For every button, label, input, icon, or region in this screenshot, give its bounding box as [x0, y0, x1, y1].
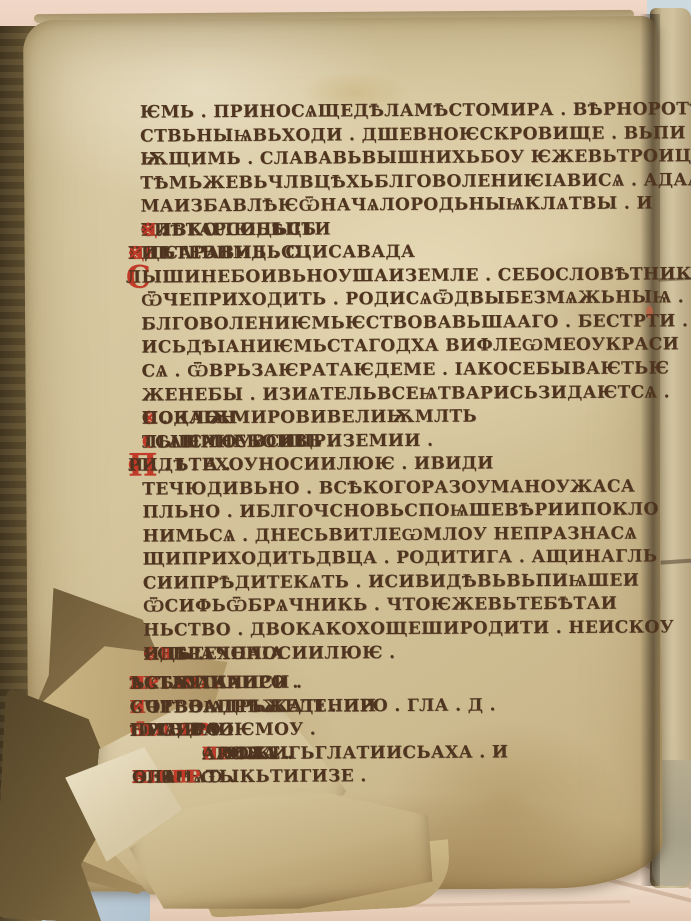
ink-segment: ѾСИФЬѾБРѦЧНИКЬ . ЧТОѤЖЕВЬТЕБѢТАИ	[143, 593, 617, 619]
manuscript-line: ѾЧЕПРИХОДИТЬ . РОДИСѦѾДВЫБЕЗМѦЖЬНЫѨ .	[141, 287, 649, 314]
ink-segment: РИѤАРАВИДЬСЦИСАВАДА	[128, 241, 416, 266]
manuscript-line: СОБРАЧНАІА ※ І ННѢ . ПРИДѢТЕХОНОСИИЛЮѤ .	[143, 640, 651, 667]
manuscript-line: ѾСИФЬѾБРѦЧНИКЬ . ЧТОѤЖЕВЬТЕБѢТАИ	[143, 593, 651, 620]
manuscript-line: ПОДАѬМИРОВИВЕЛИѬМЛТЬ ※ С . И ПОКЛОН	[142, 405, 650, 432]
manuscript-line: СИИПРѢДИТЕКѦТЬ . ИСИВИДѢВЬВЬПИѨШЕИ	[143, 569, 651, 596]
manuscript-line: САИНА . ПРИЛОЖИГЬГЛАТИИСЬАХА . И НАРОЖЕ …	[202, 740, 652, 766]
ink-segment: РИДѢТЕХОУНОСИИЛЮѤ . ИВИДИ	[128, 453, 494, 479]
ink-segment: ѢСТАУТА .	[129, 672, 240, 696]
ink-segment: ѾЧЕПРИХОДИТЬ . РОДИСѦѾДВЫБЕЗМѦЖЬНЫѨ .	[141, 287, 684, 314]
ink-segment: ИСЬДѢІАНИѤМЬСТАГОДХА ВИФЛЕѠМЕОУКРАСИ	[141, 334, 679, 361]
ink-segment: СѦ . ѾВРЬЗАѤРАТАѤДЕМЕ . ІАКОСЕБЫВАѤТЬѤ	[141, 357, 669, 384]
manuscript-line: СЛА . І . А . ПРИДѢТЕХОУНОСИИЛЮѤ . ИВИДИ	[128, 452, 650, 479]
ink-segment: ИДѢТЕХОНОСИИЛЮѤ .	[143, 642, 395, 667]
manuscript-line: ѤМЬ . ПРИНОСѦЩЕДѢЛАМѢСТОМИРА . ВѢРНОРОТѢ	[140, 98, 648, 125]
ink-segment: ПОКЛОН	[142, 407, 237, 431]
ink-segment: ЩИПРИХОДИТЬДВЦА . РОДИТИГА . АЩИНАГЛЬ	[143, 546, 658, 573]
ink-segment: МАИЗБАВЛѢѤѾНАЧѦЛОРОДЬНЫѨКЛѦТВЫ . И	[140, 193, 653, 220]
manuscript-line: Е . РЕГЬГВИМОѤМОУ . ПО . ПРѢМѦДРО . Ѿ ПР…	[130, 717, 652, 744]
ink-segment: АРОЖЕ .	[202, 742, 293, 766]
manuscript-line: ЧЛВКОЛЮБЬЦЬ ※ С . ЦРИѢТАРСИДѢСТИ ※	[141, 216, 649, 243]
ink-segment: РИѢТАРСИДѢСТИ	[141, 218, 331, 243]
ink-segment: СТВЬНЫѨВЬХОДИ . ДШЕВНОѤСКРОВИЩЕ . ВЬПИ	[140, 122, 686, 149]
manuscript-line: ИСЬДѢІАНИѤМЬСТАГОДХА ВИФЛЕѠМЕОУКРАСИ	[141, 334, 649, 361]
manuscript-line: А ПЛЬ ІСЬЕВРЕѠ . ВЬНАЧѦТЫКЬТИГИЗЕ . ПП П…	[132, 764, 652, 791]
manuscript-line: НИМЬСѦ . ДНЕСЬВИТЛЕѠМЛОУ НЕПРАЗНАСѦ	[142, 522, 650, 549]
ink-segment: ЛЫШИНЕБОИВЬ .	[142, 430, 335, 455]
manuscript-line: ЩИПРИХОДИТЬДВЦА . РОДИТИГА . АЩИНАГЛЬ	[143, 546, 651, 573]
manuscript-line: ТѢМЬЖЕВЬЧЛВЦѢХЬБЛГОВОЛЕНИѤІАВИСѦ . АДАА	[140, 169, 648, 196]
text-block: ѤМЬ . ПРИНОСѦЩЕДѢЛАМѢСТОМИРА . ВѢРНОРОТѢ…	[140, 98, 652, 790]
manuscript-line: ѬЩИМЬ . СЛАВАВЬВЫШНИХЬБОУ ѤЖЕВЬТРОИЦИ .	[140, 146, 648, 173]
manuscript-photo: ѤМЬ . ПРИНОСѦЩЕДѢЛАМѢСТОМИРА . ВѢРНОРОТѢ…	[0, 0, 691, 921]
ink-segment: СИИПРѢДИТЕКѦТЬ . ИСИВИДѢВЬВЬПИѨШЕИ	[143, 569, 639, 596]
ink-segment: ТѢМЬЖЕВЬЧЛВЦѢХЬБЛГОВОЛЕНИѤІАВИСѦ . АДАА	[140, 169, 691, 196]
manuscript-line: СТВЬНЫѨВЬХОДИ . ДШЕВНОѤСКРОВИЩЕ . ВЬПИ	[140, 122, 648, 149]
ink-segment: СЧРѢВАПРѢЖЕДЕНИИ	[130, 695, 377, 720]
ink-segment: ѬЩИМЬ . СЛАВАВЬВЫШНИХЬБОУ ѤЖЕВЬТРОИЦИ .	[140, 145, 691, 172]
ink-segment: ЖЕНЕБЫ . ИЗИѦТЕЛЬВСЕѨТВАРИСЬЗИДАѤТСѦ .	[142, 381, 670, 408]
ink-segment: ТЕЧЮДИВЬНО . ВСѢКОГОРАЗОУМАНОУЖАСА	[142, 475, 635, 502]
ink-segment: ѤМЬ . ПРИНОСѦЩЕДѢЛАМѢСТОМИРА . ВѢРНОРОТѢ	[140, 98, 691, 125]
ink-segment: ОЛѦ	[132, 767, 175, 791]
rubric-segment: ※	[141, 219, 156, 243]
ink-segment: НИМЬСѦ . ДНЕСЬВИТЛЕѠМЛОУ НЕПРАЗНАСѦ	[142, 522, 637, 549]
ink-segment: ПРОУВАИ	[130, 719, 235, 743]
manuscript-line: ТЕЧЮДИВЬНО . ВСѢКОГОРАЗОУМАНОУЖАСА	[142, 475, 650, 502]
manuscript-line: НЬСТВО . ДВОКАКОХОЩЕШИРОДИТИ . НЕИСКОУ	[143, 616, 651, 643]
manuscript-line: ТСѦѤМОУВСИЦРИЗЕМИИ . СЛЫШИНЕБОИВЬ .	[142, 428, 650, 455]
manuscript-line: СЛЫШИНЕБОИВЬНОУШАИЗЕМЛЕ . СЕБОСЛОВѢТНИКИ	[126, 263, 649, 290]
manuscript-line: СѦ . ѾВРЬЗАѤРАТАѤДЕМЕ . ІАКОСЕБЫВАѤТЬѤ	[141, 357, 649, 384]
ink-segment: НЬСТВО . ДВОКАКОХОЩЕШИРОДИТИ . НЕИСКОУ	[143, 616, 674, 643]
manuscript-line: БЛГОВОЛЕНИѤМЬѤСТВОВАВЬШААГО . БЕСТРТИ .	[141, 310, 649, 337]
ink-segment: БЛГОВОЛЕНИѤМЬѤСТВОВАВЬШААГО . БЕСТРТИ .	[141, 310, 688, 337]
manuscript-line: ПРИДѢТЕВНМЬ . С . ЦРИѤАРАВИДЬСЦИСАВАДА ※	[128, 240, 649, 267]
manuscript-line: ТА . ПО . ПАКЫПАКАИРО . ЗАСТѪПИИПСИ . ПР…	[129, 670, 651, 697]
manuscript-line: ЖЕНЕБЫ . ИЗИѦТЕЛЬВСЕѨТВАРИСЬЗИДАѤТСѦ .	[142, 381, 650, 408]
manuscript-line: ИКОТВОѨДРЬЖАТІ . ПРО . ГЛА . Д . ИСЧРѢВА…	[130, 693, 652, 720]
manuscript-line: ПЛЬНО . ИБЛГОЧСНОВЬСПОѨШЕВѢРИИПОКЛО	[142, 499, 650, 526]
manuscript-line: МАИЗБАВЛѢѤѾНАЧѦЛОРОДЬНЫѨКЛѦТВЫ . И	[140, 193, 648, 220]
ink-segment: ПЛЬНО . ИБЛГОЧСНОВЬСПОѨШЕВѢРИИПОКЛО	[142, 499, 658, 526]
ink-segment: ЛЫШИНЕБОИВЬНОУШАИЗЕМЛЕ . СЕБОСЛОВѢТНИКИ	[126, 263, 691, 290]
